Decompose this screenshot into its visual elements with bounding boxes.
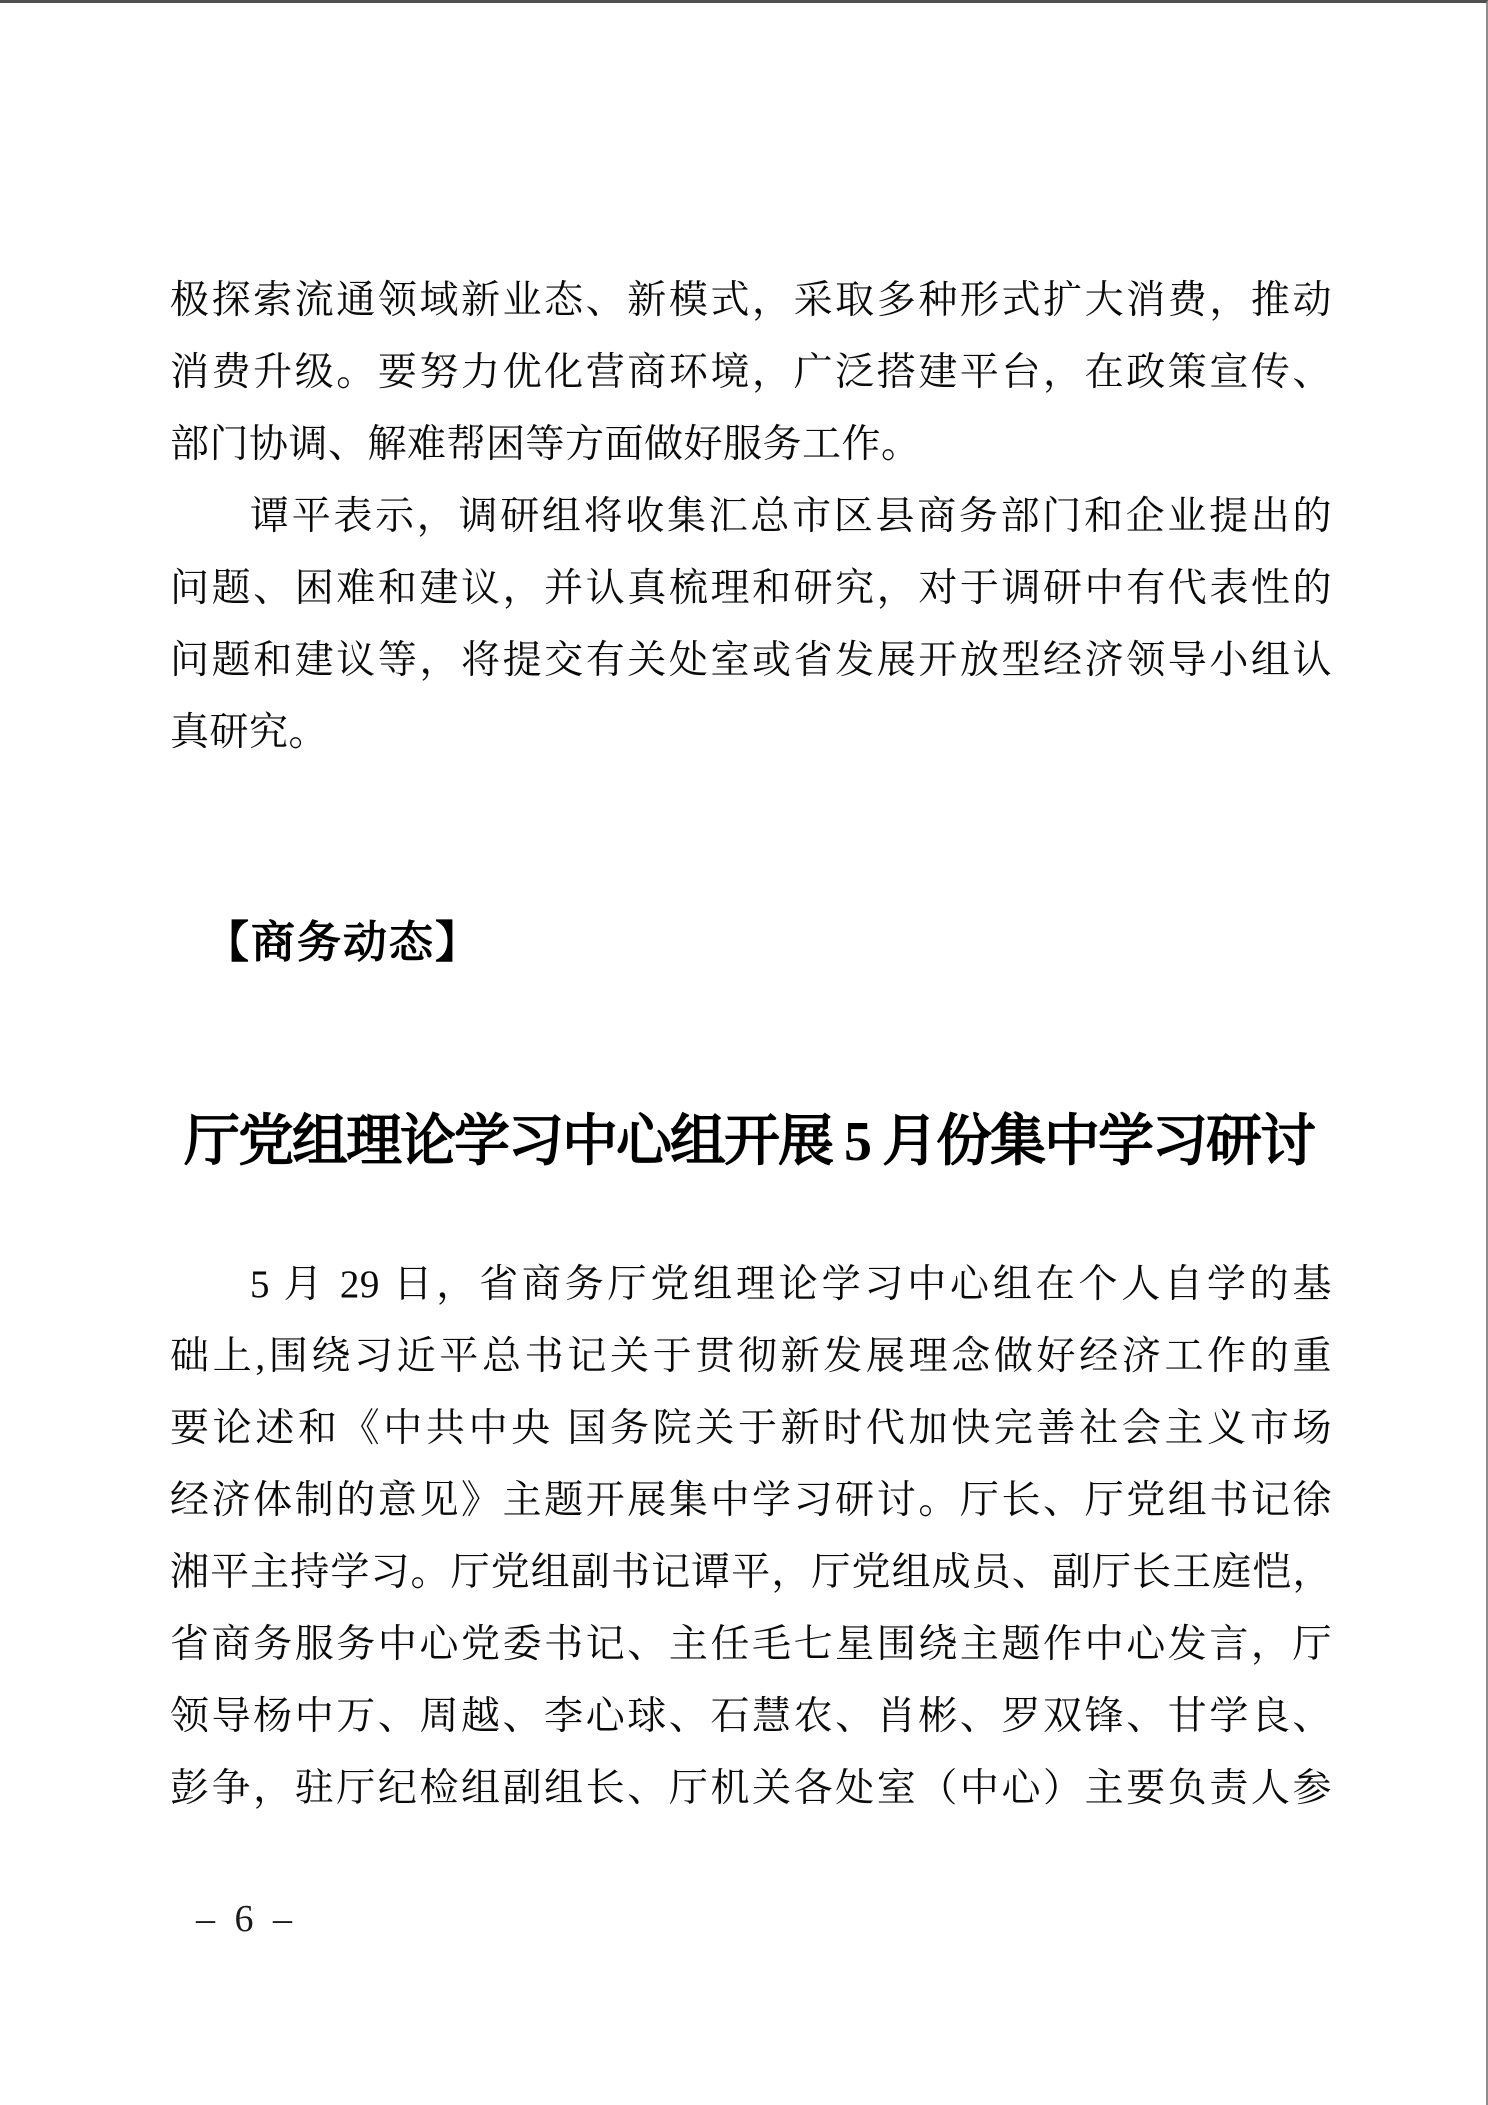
section-header: 【商务动态】	[205, 906, 481, 970]
text-line: 湘平主持学习。厅党组副书记谭平，厅党组成员、副厅长王庭恺，	[170, 1537, 1332, 1609]
paragraph-tanping: 谭平表示，调研组将收集汇总市区县商务部门和企业提出的 问题、困难和建议，并认真梳…	[170, 481, 1332, 769]
text-line: 5 月 29 日，省商务厅党组理论学习中心组在个人自学的基	[170, 1249, 1332, 1321]
text-line: 础上,围绕习近平总书记关于贯彻新发展理念做好经济工作的重	[170, 1321, 1332, 1393]
document-page: 极探索流通领域新业态、新模式，采取多种形式扩大消费，推动 消费升级。要努力优化营…	[0, 0, 1488, 2105]
text-line: 彭争，驻厅纪检组副组长、厅机关各处室（中心）主要负责人参	[170, 1753, 1332, 1825]
text-line: 领导杨中万、周越、李心球、石慧农、肖彬、罗双锋、甘学良、	[170, 1681, 1332, 1753]
text-line: 问题和建议等，将提交有关处室或省发展开放型经济领导小组认	[170, 625, 1332, 697]
page-number: – 6 –	[196, 1897, 297, 1941]
text-line: 谭平表示，调研组将收集汇总市区县商务部门和企业提出的	[170, 481, 1332, 553]
article-body: 5 月 29 日，省商务厅党组理论学习中心组在个人自学的基 础上,围绕习近平总书…	[170, 1249, 1332, 1825]
text-line: 真研究。	[170, 697, 1332, 769]
text-line: 要论述和《中共中央 国务院关于新时代加快完善社会主义市场	[170, 1393, 1332, 1465]
text-line: 部门协调、解难帮困等方面做好服务工作。	[170, 409, 1332, 481]
article-title: 厅党组理论学习中心组开展 5 月份集中学习研讨	[164, 1097, 1334, 1177]
text-line: 省商务服务中心党委书记、主任毛七星围绕主题作中心发言，厅	[170, 1609, 1332, 1681]
text-line: 极探索流通领域新业态、新模式，采取多种形式扩大消费，推动	[170, 265, 1332, 337]
text-line: 消费升级。要努力优化营商环境，广泛搭建平台，在政策宣传、	[170, 337, 1332, 409]
text-line: 问题、困难和建议，并认真梳理和研究，对于调研中有代表性的	[170, 553, 1332, 625]
text-line: 经济体制的意见》主题开展集中学习研讨。厅长、厅党组书记徐	[170, 1465, 1332, 1537]
paragraph-continued: 极探索流通领域新业态、新模式，采取多种形式扩大消费，推动 消费升级。要努力优化营…	[170, 265, 1332, 481]
